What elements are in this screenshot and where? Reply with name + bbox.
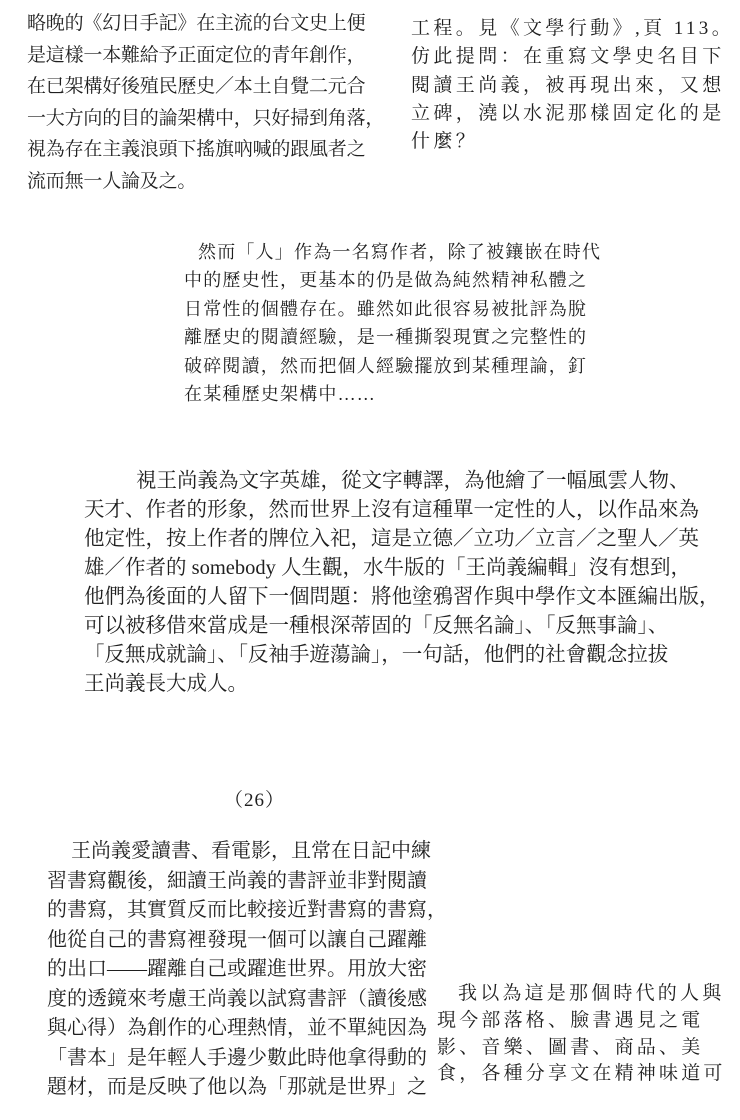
text-line: 的出口——躍離自己或躍進世界。用放大密 <box>47 955 455 985</box>
text-line: 雄／作者的 somebody 人生觀，水牛版的「王尚義編輯」沒有想到， <box>84 554 716 583</box>
text-line: 仿此提問：在重寫文學史名目下 <box>411 43 736 71</box>
text-line: 中的歷史性，更基本的仍是做為純然精神私體之 <box>184 266 604 294</box>
text-line: 是這樣一本難給予正面定位的青年創作， <box>27 40 387 72</box>
text-line: 略晚的《幻日手記》在主流的台文史上便 <box>27 8 387 40</box>
text-line: 食，各種分享文在精神味道可 <box>437 1061 737 1088</box>
text-line: 度的透鏡來考慮王尚義以試寫書評（讀後感 <box>47 985 455 1015</box>
text-line: 習書寫觀後，細讀王尚義的書評並非對閱讀 <box>47 867 455 897</box>
text-line: 日常性的個體存在。雖然如此很容易被批評為脫 <box>184 295 604 323</box>
text-line: 在已架構好後殖民歷史／本土自覺二元合 <box>27 71 387 103</box>
text-line: 「書本」是年輕人手邊少數此時他拿得動的 <box>47 1044 455 1074</box>
text-line: 流而無一人論及之。 <box>27 166 387 198</box>
text-line: 他們為後面的人留下一個問題：將他塗鴉習作與中學作文本匯編出版， <box>84 583 716 612</box>
text-line: 他定性，按上作者的牌位入祀，這是立德／立功／立言／之聖人／英 <box>84 525 716 554</box>
text-line: 與心得）為創作的心理熱情，並不單純因為 <box>47 1014 455 1044</box>
text-line: 我以為這是那個時代的人與 <box>437 981 737 1008</box>
scanned-document-page: 略晚的《幻日手記》在主流的台文史上便是這樣一本難給予正面定位的青年創作，在已架構… <box>0 0 740 1120</box>
text-line: 然而「人」作為一名寫作者，除了被鑲嵌在時代 <box>184 238 604 266</box>
text-line: 他從自己的書寫裡發現一個可以讓自己躍離 <box>47 926 455 956</box>
paragraph-top-right-note: 工程。見《文學行動》,頁 113。仿此提問：在重寫文學史名目下閱讀王尚義，被再現… <box>411 15 736 156</box>
text-line: 破碎閱讀，然而把個人經驗擺放到某種理論，釘 <box>184 352 604 380</box>
text-line: 天才、作者的形象，然而世界上沒有這種單一定性的人，以作品來為 <box>84 496 716 525</box>
page-number: （26） <box>224 785 285 812</box>
paragraph-main: 視王尚義為文字英雄，從文字轉譯，為他繪了一幅風雲人物、天才、作者的形象，然而世界… <box>84 467 716 699</box>
text-line: 視為存在主義浪頭下搖旗吶喊的跟風者之 <box>27 134 387 166</box>
text-line: 視王尚義為文字英雄，從文字轉譯，為他繪了一幅風雲人物、 <box>84 467 716 496</box>
paragraph-bottom-right: 我以為這是那個時代的人與現今部落格、臉書遇見之電影、音樂、圖書、商品、美食，各種… <box>437 981 737 1088</box>
paragraph-bottom-left: 王尚義愛讀書、看電影，且常在日記中練習書寫觀後，細讀王尚義的書評並非對閱讀的書寫… <box>47 837 455 1103</box>
text-line: 離歷史的閱讀經驗，是一種撕裂現實之完整性的 <box>184 323 604 351</box>
text-line: 王尚義長大成人。 <box>84 670 716 699</box>
text-line: 閱讀王尚義，被再現出來，又想 <box>411 72 736 100</box>
text-line: 工程。見《文學行動》,頁 113。 <box>411 15 736 43</box>
text-line: 一大方向的目的論架構中，只好掃到角落， <box>27 103 387 135</box>
text-line: 在某種歷史架構中…… <box>184 380 604 408</box>
text-line: 立碑，澆以水泥那樣固定化的是 <box>411 100 736 128</box>
text-line: 可以被移借來當成是一種根深蒂固的「反無名論」、「反無事論」、 <box>84 612 716 641</box>
text-line: 什麼？ <box>411 128 736 156</box>
text-line: 「反無成就論」、「反袖手遊蕩論」，一句話，他們的社會觀念拉拔 <box>84 641 716 670</box>
text-line: 的書寫，其實質反而比較接近對書寫的書寫， <box>47 896 455 926</box>
text-line: 王尚義愛讀書、看電影，且常在日記中練 <box>47 837 455 867</box>
paragraph-top-left: 略晚的《幻日手記》在主流的台文史上便是這樣一本難給予正面定位的青年創作，在已架構… <box>27 8 387 197</box>
text-line: 現今部落格、臉書遇見之電 <box>437 1008 737 1035</box>
text-line: 題材，而是反映了他以為「那就是世界」之 <box>47 1073 455 1103</box>
text-line: 影、音樂、圖書、商品、美 <box>437 1035 737 1062</box>
block-quote: 然而「人」作為一名寫作者，除了被鑲嵌在時代中的歷史性，更基本的仍是做為純然精神私… <box>184 238 604 408</box>
